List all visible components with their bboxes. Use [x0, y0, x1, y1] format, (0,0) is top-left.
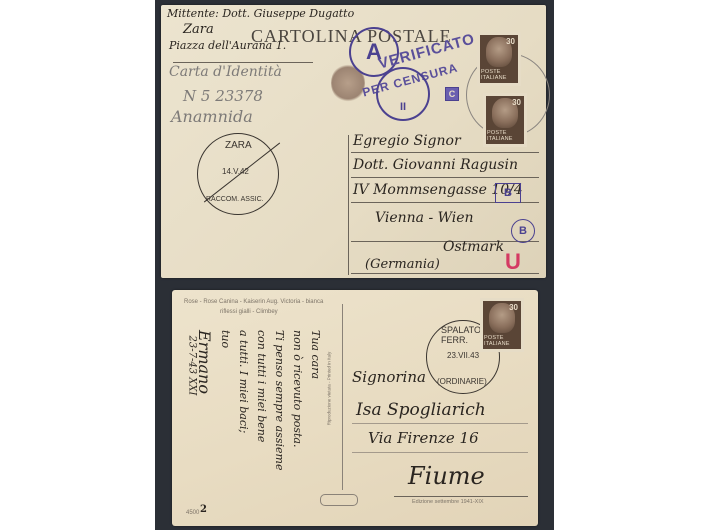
address-rule: [352, 452, 528, 453]
censor-ring-ii: II: [376, 67, 430, 121]
address-line-2: Isa Spogliarich: [356, 400, 486, 420]
address-line-5: Ostmark: [443, 239, 504, 255]
postmark-bottom: RACCOM. ASSIC.: [206, 196, 264, 203]
catalog-mark: 2: [200, 504, 207, 515]
censor-circle-b-letter: B: [519, 225, 527, 237]
edition-note: Edizione settembre 1941-XIX: [412, 499, 484, 505]
pencil-note-1: Carta d'Identità: [169, 64, 282, 80]
postmark-bottom: (ORDINARIE): [437, 377, 487, 386]
pencil-note-2: N 5 23378: [183, 87, 263, 105]
address-rule: [351, 177, 539, 178]
catalog-number: 4500: [186, 510, 199, 516]
address-line-6: (Germania): [365, 257, 440, 272]
red-censor-mark: U: [505, 249, 521, 275]
postmark-strike: [204, 143, 280, 203]
address-line-4: Vienna - Wien: [375, 210, 474, 226]
message-line: Tua cara: [309, 330, 322, 379]
address-line-1: Signorina: [352, 368, 426, 386]
sender-line-1: Mittente: Dott. Giuseppe Dugatto: [167, 7, 354, 20]
sender-line-2: Zara: [183, 22, 214, 37]
stamp-value: 30: [506, 37, 515, 46]
address-line-3: Via Firenze 16: [368, 429, 479, 447]
message-line: tuo: [219, 330, 232, 348]
address-rule: [351, 152, 539, 153]
message-line: con tutti i miei bene: [255, 330, 268, 442]
censor-ring2-sub: II: [400, 101, 406, 113]
censor-circle-b: B: [511, 219, 535, 243]
address-rule: [352, 423, 528, 424]
center-divider: [342, 304, 343, 490]
postage-stamp-2: 30 POSTE ITALIANE: [483, 93, 527, 147]
address-line-4: Fiume: [408, 462, 485, 490]
address-rule: [394, 496, 528, 497]
stamp-value: 30: [509, 303, 518, 312]
censor-box-b: B: [495, 183, 521, 203]
vertical-imprint: Riproduzione vietata - Printed in Italy: [326, 352, 331, 426]
postage-stamp-1: 30 POSTE ITALIANE: [477, 32, 521, 86]
message-line: non ò ricevuto posta.: [291, 330, 304, 447]
pencil-note-3: Anamnida: [171, 107, 253, 126]
stamp-value: 30: [512, 98, 521, 107]
address-line-1: Egregio Signor: [353, 133, 461, 149]
message-line: Ti penso sempre assieme: [273, 330, 286, 470]
stamp-label: POSTE ITALIANE: [487, 130, 523, 142]
postal-card-front: Mittente: Dott. Giuseppe Dugatto Zara Pi…: [161, 5, 546, 278]
stamp-label: POSTE ITALIANE: [481, 69, 517, 81]
postmark-date: 23.VII.43: [447, 351, 479, 360]
message-line: a tutti. I miei baci;: [237, 330, 250, 433]
caption-line-2: riflessi gialli - Climbey: [220, 309, 278, 315]
picture-postcard-back: Rose - Rose Canina - Kaiserin Aug. Victo…: [172, 290, 538, 526]
message-line: Ermano: [195, 330, 214, 394]
stamp-label: POSTE ITALIANE: [484, 335, 520, 347]
zara-postmark: ZARA 14.V.42 RACCOM. ASSIC.: [197, 133, 279, 215]
postage-stamp-back: 30 POSTE ITALIANE: [480, 298, 524, 352]
address-line-2: Dott. Giovanni Ragusin: [353, 157, 518, 173]
censor-small-box: C: [445, 87, 459, 101]
postmark-town: ZARA: [225, 140, 252, 151]
address-divider: [348, 135, 349, 275]
publisher-logo: [320, 494, 358, 506]
caption-line-1: Rose - Rose Canina - Kaiserin Aug. Victo…: [184, 299, 323, 305]
sender-rule: [173, 62, 313, 63]
